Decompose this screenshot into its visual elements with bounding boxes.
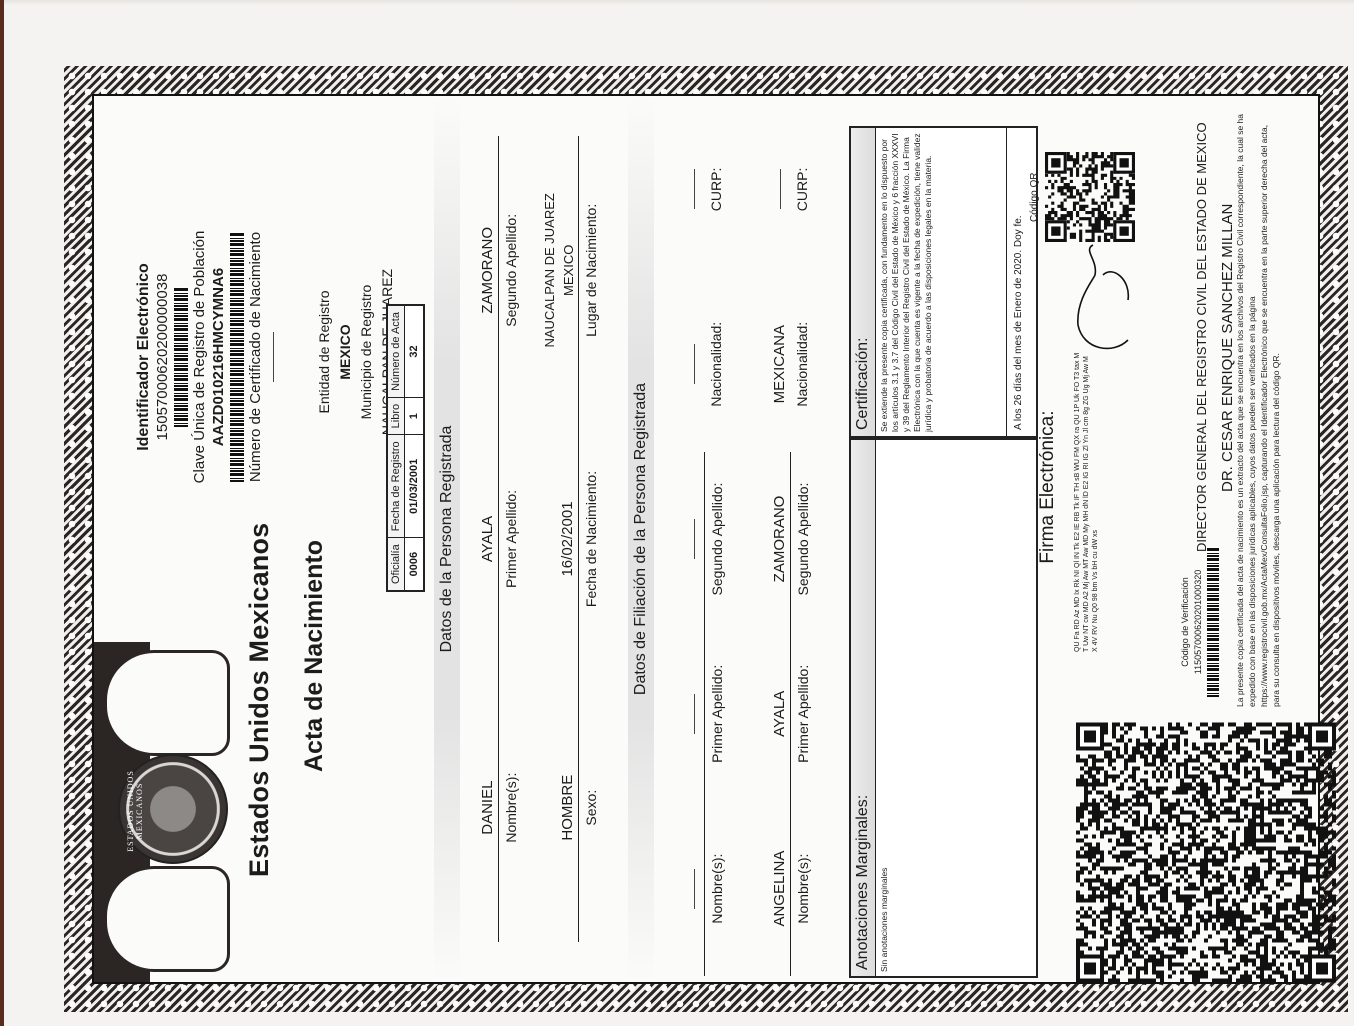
ornament-scroll-icon xyxy=(104,866,230,972)
parent-first-name-label: Nombre(s): xyxy=(704,801,727,976)
parent-curp-label: CURP: xyxy=(790,102,812,277)
qr-code-label: Código QR xyxy=(1029,173,1040,222)
sex-label: Sexo: xyxy=(578,673,601,942)
certificate-number-label: Número de Certificado de Nacimiento xyxy=(246,117,265,597)
ornament-scroll-icon xyxy=(104,650,230,756)
table-cell: 0006 xyxy=(405,538,425,591)
parent-first-surname-label: Primer Apellido: xyxy=(790,626,813,801)
table-header: Libro xyxy=(387,397,405,434)
entity-label: Entidad de Registro xyxy=(314,102,335,602)
curp-value: AAZD010216HMCYMNA6 xyxy=(209,117,228,597)
parent-second-surname-label: Segundo Apellido: xyxy=(704,452,727,627)
parent-second-surname-value: ZAMORANO xyxy=(770,452,790,627)
annotations-box: Anotaciones Marginales: Sin anotaciones … xyxy=(849,438,1038,978)
parent-curp-label: CURP: xyxy=(704,102,726,277)
parent-first-surname-value: AYALA xyxy=(770,626,790,801)
first-name-value: DANIEL xyxy=(478,673,498,942)
annotations-text: Sin anotaciones marginales xyxy=(876,440,893,976)
director-title: DIRECTOR GENERAL DEL REGISTRO CIVIL DEL … xyxy=(1189,102,1215,702)
first-surname-label: Primer Apellido: xyxy=(498,405,521,674)
electronic-id: 15057000620200000038 xyxy=(153,117,172,597)
handwritten-signature-icon xyxy=(1073,240,1133,360)
table-cell: 01/03/2001 xyxy=(405,435,425,538)
identifiers-block: Identificador Electrónico 15057000620200… xyxy=(134,117,274,597)
entity-value: MEXICO xyxy=(335,102,356,602)
first-name-label: Nombre(s): xyxy=(498,673,521,942)
municipality-label: Municipio de Registro xyxy=(356,102,377,602)
barcode-icon xyxy=(174,287,188,427)
curp-label: Clave Única de Registro de Población xyxy=(190,117,209,597)
birth-certificate-page: ESTADOS UNIDOS MEXICANOS Estados Unidos … xyxy=(64,66,1348,1012)
birth-place-state: MEXICO xyxy=(559,136,578,405)
parent-first-surname-label: Primer Apellido: xyxy=(704,626,727,801)
electronic-signature-code: QU Fa RD Az MD Ix Rk NI Ql IN Tk E2 IE R… xyxy=(1073,352,1100,652)
scan-edge xyxy=(0,0,4,1026)
table-header: Número de Acta xyxy=(387,305,405,397)
parent-first-name-value: ANGELINA xyxy=(770,801,790,976)
certification-text: Se extiende la presente copia certificad… xyxy=(876,128,937,436)
parent-nationality-label: Nacionalidad: xyxy=(790,277,812,452)
seal-text: ESTADOS UNIDOS MEXICANOS xyxy=(126,758,144,864)
barcode-icon xyxy=(230,232,244,482)
scan-edge xyxy=(0,0,1354,5)
registered-person-section-title: Datos de la Persona Registrada xyxy=(434,96,460,982)
national-emblem-band: ESTADOS UNIDOS MEXICANOS xyxy=(94,642,264,982)
table-cell: 32 xyxy=(405,305,425,397)
birth-date-label: Fecha de Nacimiento: xyxy=(578,405,601,674)
certification-title: Certificación: xyxy=(851,128,876,436)
legal-notice: La presente copia certificada del acta d… xyxy=(1234,107,1282,707)
certification-box: Certificación: Se extiende la presente c… xyxy=(849,126,1038,438)
registration-table: Oficialía Fecha de Registro Libro Número… xyxy=(386,304,425,592)
second-surname-label: Segundo Apellido: xyxy=(498,136,521,405)
registered-person-birth-row: HOMBRESexo: 16/02/2001Fecha de Nacimient… xyxy=(540,136,601,942)
document-body: ESTADOS UNIDOS MEXICANOS Estados Unidos … xyxy=(92,94,1320,984)
parent-nationality-label: Nacionalidad: xyxy=(704,277,726,452)
second-surname-value: ZAMORANO xyxy=(478,136,498,405)
birth-date-value: 16/02/2001 xyxy=(558,405,578,674)
certificate-number-blank xyxy=(273,332,274,382)
parent-nationality-value: MEXICANA xyxy=(770,277,790,452)
parent-row: ANGELINANombre(s): AYALAPrimer Apellido:… xyxy=(770,102,813,976)
annotations-title: Anotaciones Marginales: xyxy=(851,440,876,976)
first-surname-value: AYALA xyxy=(478,405,498,674)
sex-value: HOMBRE xyxy=(558,673,578,942)
parent-second-surname-label: Segundo Apellido: xyxy=(790,452,813,627)
table-cell: 1 xyxy=(405,397,425,434)
qr-code-icon[interactable] xyxy=(1045,152,1135,242)
verification-qr-code-icon[interactable] xyxy=(1076,715,1336,990)
table-header: Oficialía xyxy=(387,538,405,591)
electronic-id-label: Identificador Electrónico xyxy=(134,117,153,597)
birth-place-value: NAUCALPAN DE JUAREZ xyxy=(540,136,559,405)
birth-place-label: Lugar de Nacimiento: xyxy=(578,136,601,405)
filiation-section-title: Datos de Filiación de la Persona Registr… xyxy=(628,96,654,982)
registered-person-names-row: DANIELNombre(s): AYALAPrimer Apellido: Z… xyxy=(478,136,521,942)
electronic-signature-title: Firma Electrónica: xyxy=(1037,322,1059,652)
table-header: Fecha de Registro xyxy=(387,435,405,538)
parent-row: Nombre(s): Primer Apellido: Segundo Apel… xyxy=(684,102,727,976)
parent-first-name-label: Nombre(s): xyxy=(790,801,813,976)
